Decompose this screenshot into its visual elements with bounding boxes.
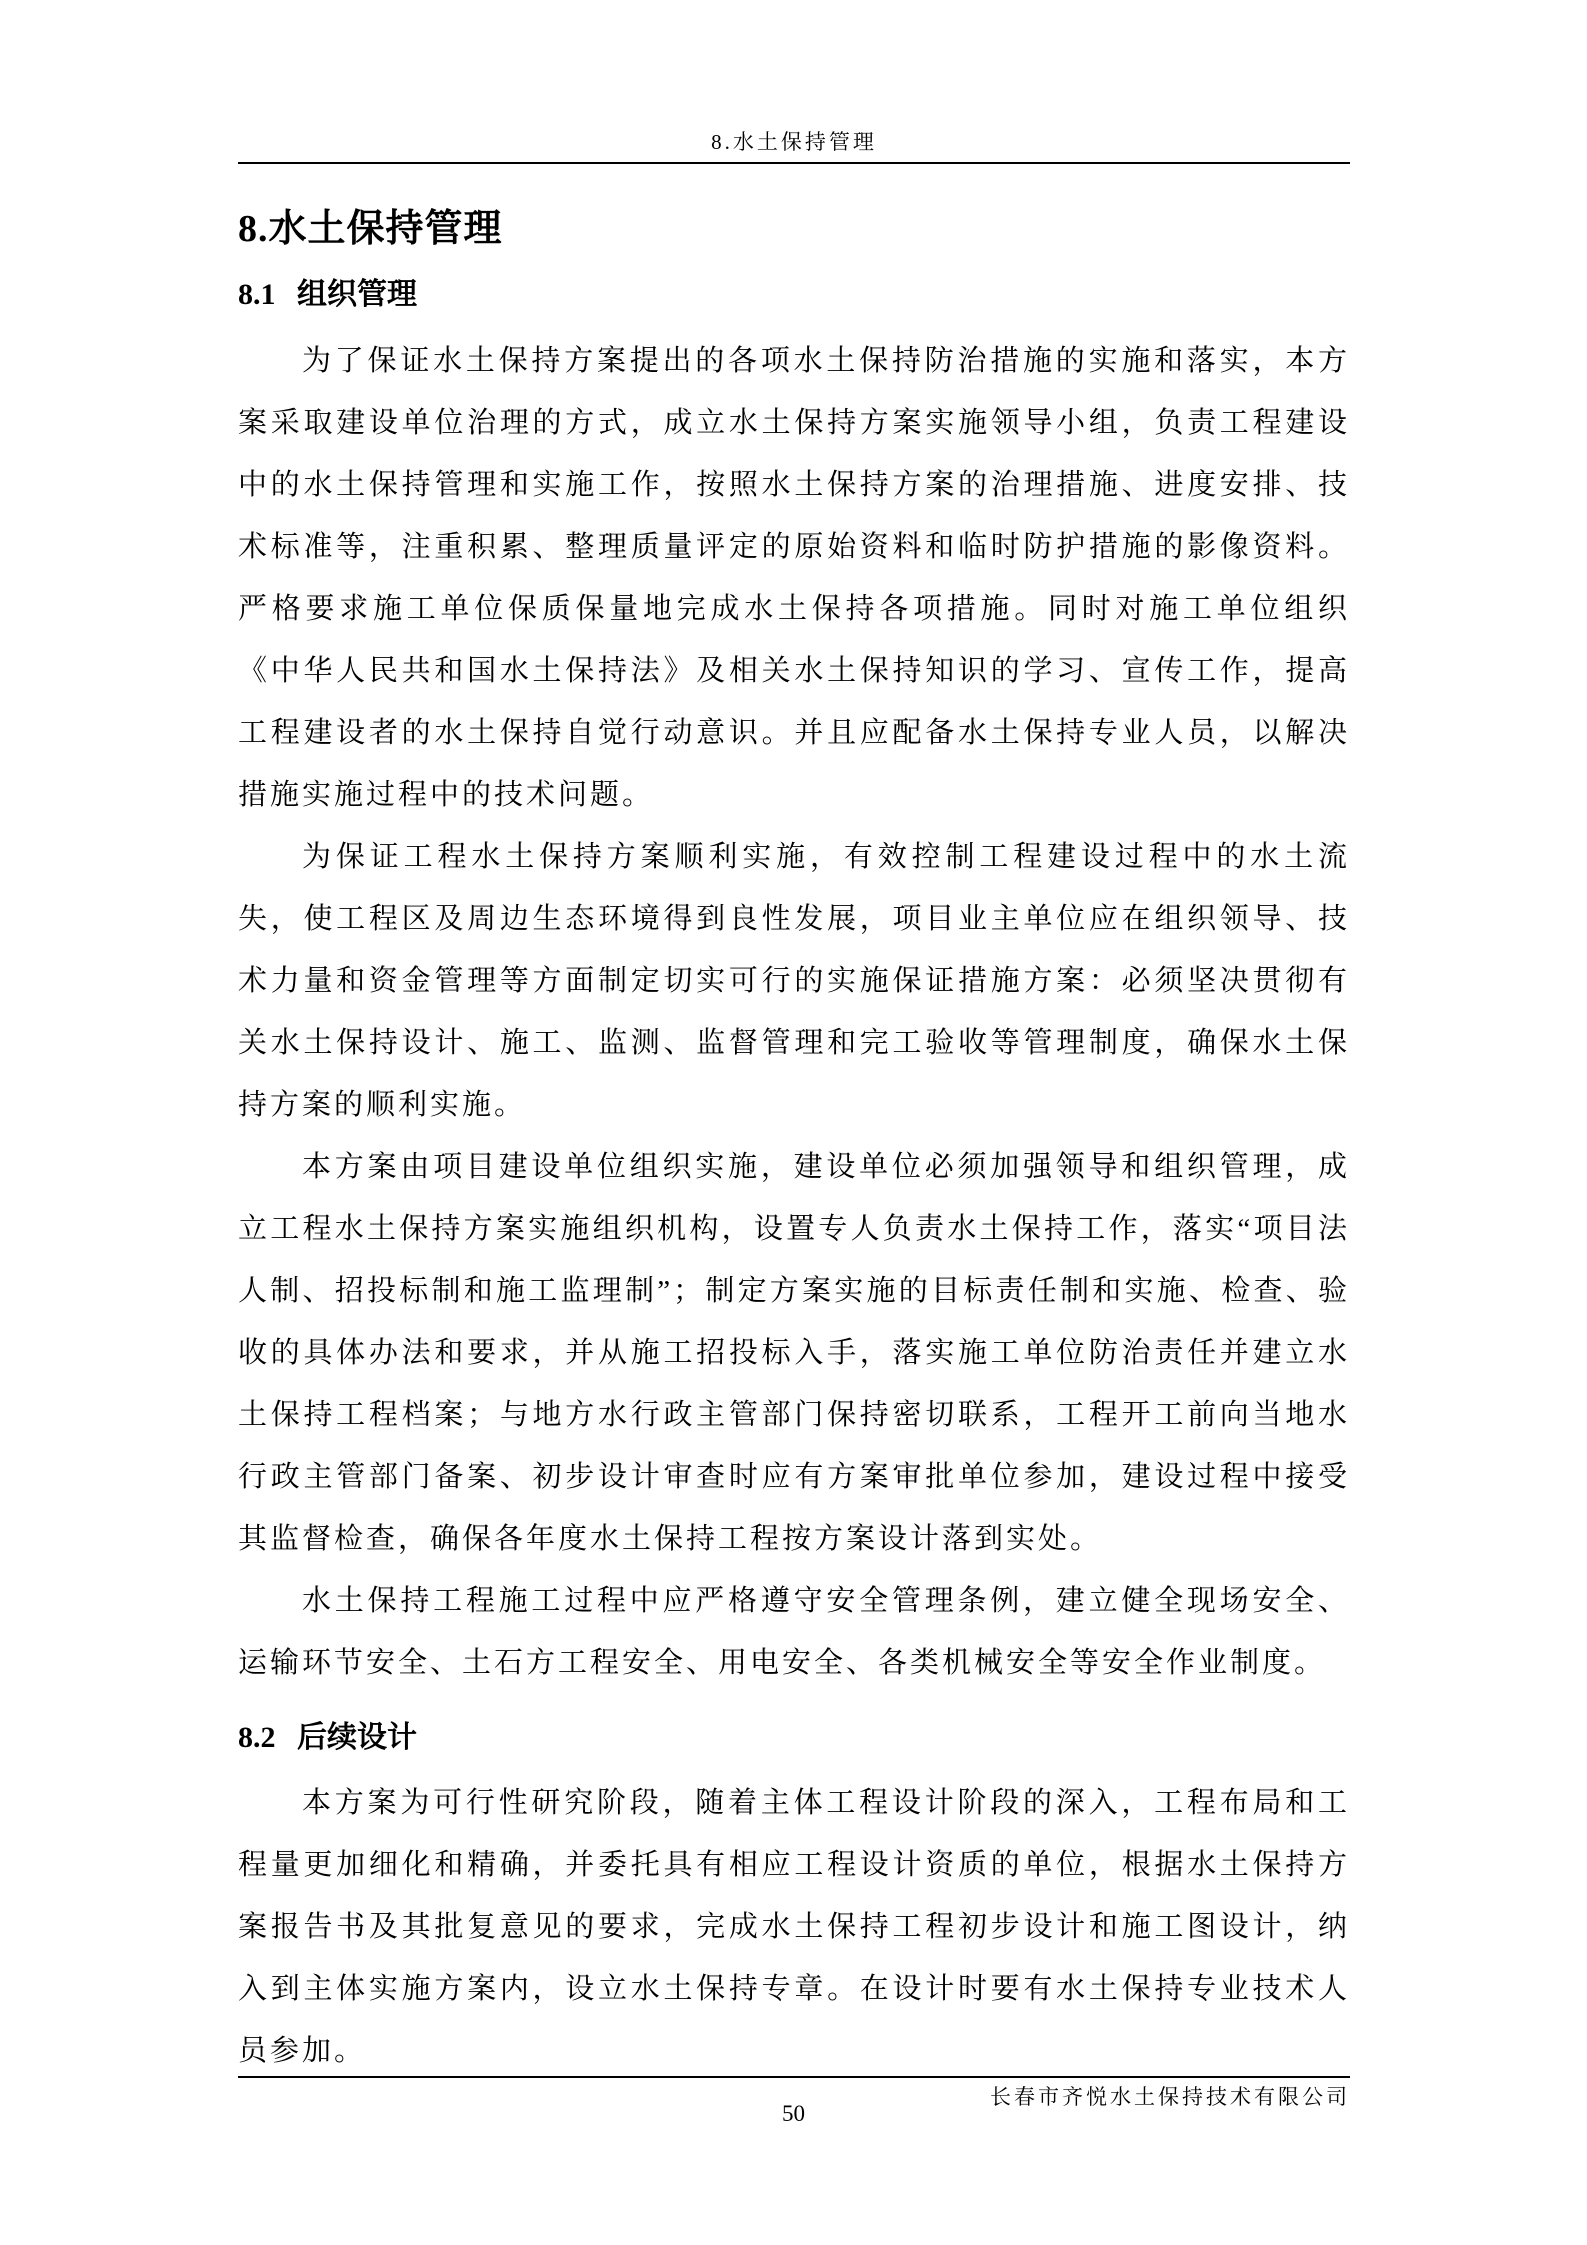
running-header-title: 8.水土保持管理 — [711, 130, 877, 154]
footer-rule — [238, 2076, 1350, 2078]
section-title: 后续设计 — [297, 1721, 417, 1754]
section-heading-8-1: 8.1 组织管理 — [238, 277, 1350, 313]
section-heading-8-2: 8.2 后续设计 — [238, 1720, 1350, 1756]
page-number: 50 — [0, 2101, 1587, 2127]
section-number: 8.1 — [238, 278, 276, 311]
paragraph: 水土保持工程施工过程中应严格遵守安全管理条例，建立健全现场安全、运输环节安全、土… — [238, 1570, 1350, 1694]
paragraph: 为保证工程水土保持方案顺利实施，有效控制工程建设过程中的水土流失，使工程区及周边… — [238, 826, 1350, 1136]
paragraph: 本方案为可行性研究阶段，随着主体工程设计阶段的深入，工程布局和工程量更加细化和精… — [238, 1772, 1350, 2082]
document-page: 8.水土保持管理 8.水土保持管理 8.1 组织管理 为了保证水土保持方案提出的… — [0, 0, 1587, 2245]
paragraph: 本方案由项目建设单位组织实施，建设单位必须加强领导和组织管理，成立工程水土保持方… — [238, 1136, 1350, 1570]
running-header: 8.水土保持管理 — [238, 130, 1350, 164]
chapter-heading: 8.水土保持管理 — [238, 205, 1350, 253]
section-title: 组织管理 — [297, 278, 417, 311]
page-content: 8.水土保持管理 8.1 组织管理 为了保证水土保持方案提出的各项水土保持防治措… — [238, 205, 1350, 2082]
section-number: 8.2 — [238, 1721, 276, 1754]
paragraph: 为了保证水土保持方案提出的各项水土保持防治措施的实施和落实，本方案采取建设单位治… — [238, 330, 1350, 826]
